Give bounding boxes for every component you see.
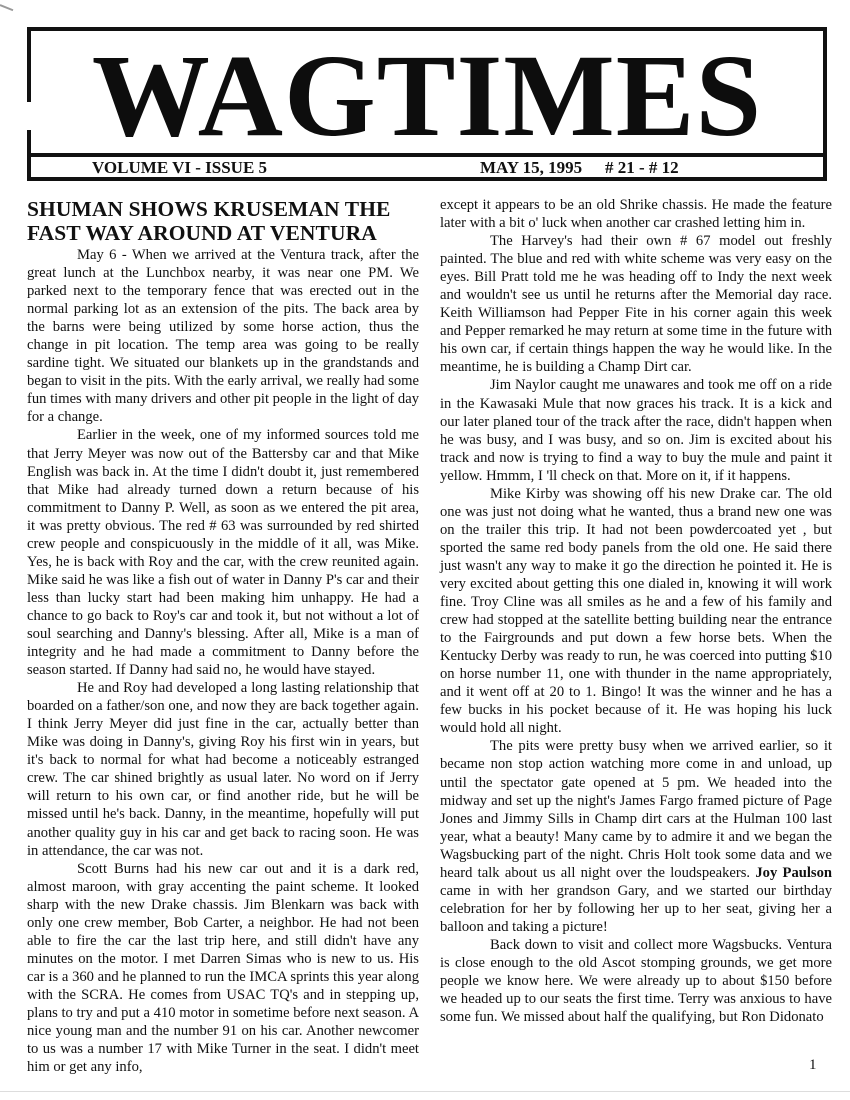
left-column: SHUMAN SHOWS KRUSEMAN THE FAST WAY AROUN… xyxy=(27,195,419,1076)
text-run: The pits were pretty busy when we arrive… xyxy=(440,738,832,880)
text-run: came in with her grandson Gary, and we s… xyxy=(440,883,832,935)
article-headline: SHUMAN SHOWS KRUSEMAN THE FAST WAY AROUN… xyxy=(27,197,419,245)
paragraph: Back down to visit and collect more Wags… xyxy=(440,936,832,1026)
paragraph: The Harvey's had their own # 67 model ou… xyxy=(440,232,832,376)
paragraph: Scott Burns had his new car out and it i… xyxy=(27,860,419,1077)
volume-issue: VOLUME VI - ISSUE 5 xyxy=(92,158,267,178)
newsletter-title: WAGTIMES xyxy=(27,37,827,155)
issue-info-bar: VOLUME VI - ISSUE 5 MAY 15, 1995 # 21 - … xyxy=(27,153,827,181)
paragraph: Earlier in the week, one of my informed … xyxy=(27,426,419,679)
paragraph: Jim Naylor caught me unawares and took m… xyxy=(440,376,832,484)
paragraph-continuation: except it appears to be an old Shrike ch… xyxy=(440,196,832,232)
paragraph: He and Roy had developed a long lasting … xyxy=(27,679,419,859)
footer-rule xyxy=(0,1091,850,1092)
bold-name: Joy Paulson xyxy=(755,865,832,881)
masthead: WAGTIMES VOLUME VI - ISSUE 5 MAY 15, 199… xyxy=(27,27,825,177)
issue-date: MAY 15, 1995 xyxy=(480,158,582,178)
paragraph: May 6 - When we arrived at the Ventura t… xyxy=(27,246,419,426)
paragraph: Mike Kirby was showing off his new Drake… xyxy=(440,485,832,738)
right-column: except it appears to be an old Shrike ch… xyxy=(440,196,832,1026)
scan-mark xyxy=(0,4,13,11)
issue-numbers: # 21 - # 12 xyxy=(605,158,679,178)
page-number: 1 xyxy=(809,1057,817,1074)
paragraph: The pits were pretty busy when we arrive… xyxy=(440,737,832,936)
